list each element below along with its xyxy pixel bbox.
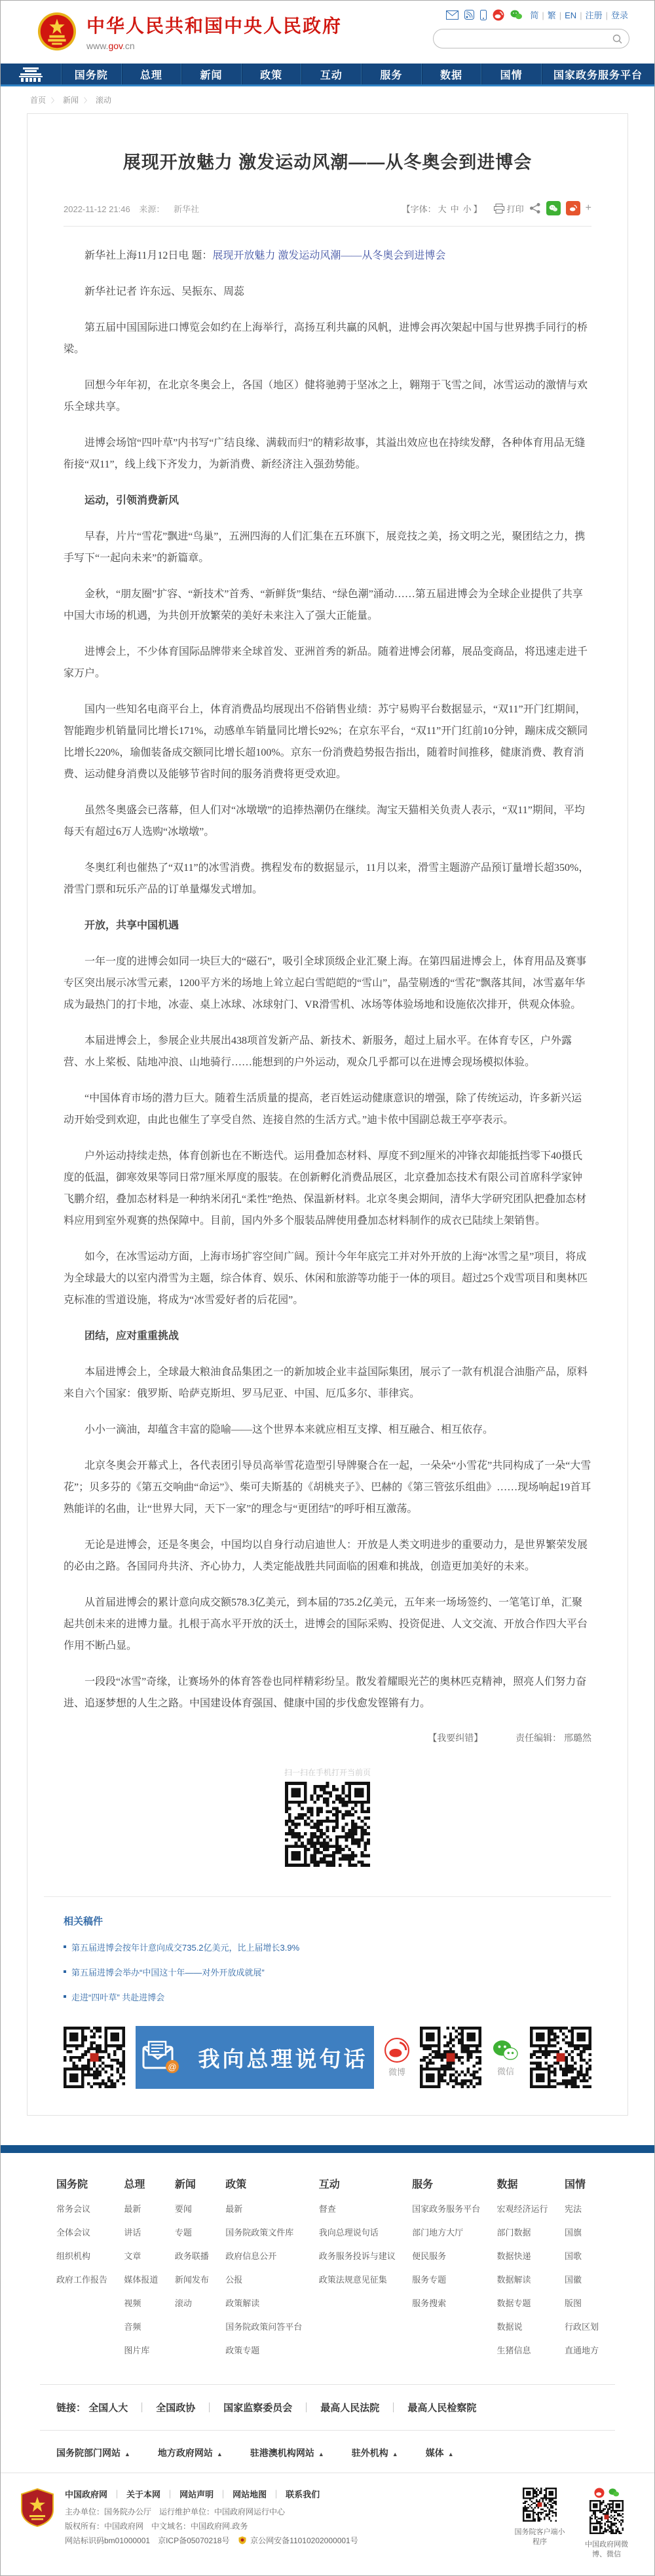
footer-qr-code-2	[589, 2526, 624, 2537]
related-link[interactable]: 第五届进博会举办“中国这十年——对外开放成就展”	[71, 1968, 265, 1978]
footer-link[interactable]: 公报	[225, 2275, 242, 2285]
footer-column-数据: 数据宏观经济运行部门数据数据快递数据解读数据专题数据说生猪信息	[497, 2176, 548, 2363]
footer-link[interactable]: 部门数据	[497, 2228, 531, 2237]
article-qr-block: 扫一扫在手机打开当前页	[64, 1767, 591, 1870]
footer-link[interactable]: 新闻发布	[175, 2275, 209, 2285]
bottom-link-3[interactable]: 网站地图	[233, 2490, 267, 2499]
footer-column-服务: 服务国家政务服务平台部门地方大厅便民服务服务专题服务搜索	[412, 2176, 480, 2363]
footer-link[interactable]: 媒体报道	[124, 2275, 158, 2285]
footer-link[interactable]: 最新	[225, 2204, 242, 2214]
footer-column-新闻: 新闻要闻专题政务联播新闻发布滚动	[175, 2176, 209, 2363]
share-more-button[interactable]: +	[586, 202, 591, 214]
chevron-up-icon: ▲	[392, 2451, 398, 2457]
footer-link[interactable]: 政策法规意见征集	[319, 2275, 387, 2285]
footer-column-title: 互动	[319, 2176, 396, 2191]
font-size-小[interactable]: 小	[463, 204, 472, 214]
footer-link[interactable]: 数据说	[497, 2322, 523, 2332]
article-paragraph: 无论是进博会，还是冬奥会，中国均以自身行动启迪世人：开放是人类文明进步的重要动力…	[64, 1534, 591, 1577]
search-input[interactable]	[440, 34, 612, 44]
breadcrumb-首页[interactable]: 首页	[30, 96, 46, 105]
article-paragraph: 国内一些知名电商平台上，体育消费品均展现出不俗销售业绩：苏宁易购平台数据显示，“…	[64, 699, 591, 785]
breadcrumb-滚动[interactable]: 滚动	[96, 96, 111, 105]
related-list: 第五届进博会按年计意向成交735.2亿美元，比上届增长3.9%第五届进博会举办“…	[64, 1941, 591, 2004]
footer-link[interactable]: 滚动	[175, 2298, 192, 2308]
footer-link[interactable]: 讲话	[124, 2228, 141, 2237]
chevron-up-icon: ▲	[217, 2451, 223, 2457]
article-paragraph: 进博会上，不少体育国际品牌带来全球首发、亚洲首秀的新品。随着进博会闭幕，展品变商…	[64, 641, 591, 684]
qr-caption: 扫一扫在手机打开当前页	[64, 1767, 591, 1778]
bottom-link-1[interactable]: 关于本网	[126, 2490, 160, 2499]
license-line: 网站标识码bm01000001 京ICP备05070218号 京公网安备1101…	[65, 2533, 358, 2548]
lang-link-繁[interactable]: 繁	[548, 10, 556, 20]
footer-link[interactable]: 视频	[124, 2298, 141, 2308]
banner-envelope-icon: @	[142, 2040, 183, 2074]
bottom-links: 中国政府网｜关于本网｜网站声明｜网站地图｜联系我们	[65, 2488, 358, 2502]
footer-column-title: 国务院	[56, 2176, 107, 2191]
svg-text:@: @	[168, 2062, 176, 2072]
lang-link-简[interactable]: 简	[530, 10, 538, 20]
footer-link[interactable]: 宏观经济运行	[497, 2204, 548, 2214]
footer-link[interactable]: 国家政务服务平台	[412, 2204, 480, 2214]
footer-link[interactable]: 要闻	[175, 2204, 192, 2214]
printer-icon	[494, 204, 504, 213]
footer-column-总理: 总理最新讲话文章媒体报道视频音频图片库	[124, 2176, 158, 2363]
footer-column-title: 总理	[124, 2176, 158, 2191]
article-paragraph: 从首届进博会的累计意向成交额578.3亿美元，到本届的735.2亿美元，五年来一…	[64, 1592, 591, 1657]
search-icon[interactable]	[612, 34, 622, 44]
footer-site-link-1[interactable]: 全国政协	[156, 2402, 195, 2414]
footer-link[interactable]: 便民服务	[412, 2251, 446, 2261]
footer-link[interactable]: 全体会议	[56, 2228, 90, 2237]
footer-blue-bar	[1, 2145, 654, 2153]
search-box[interactable]	[433, 29, 629, 48]
bottom-link-4[interactable]: 联系我们	[286, 2490, 320, 2499]
footer-qr-client: 国务院客户端小程序	[512, 2488, 568, 2560]
share-wechat-icon[interactable]	[546, 201, 561, 215]
share-weibo-icon[interactable]	[566, 201, 580, 215]
lang-link-EN[interactable]: EN	[565, 10, 576, 20]
weibo-label: 微博	[388, 2065, 405, 2078]
footer-weibo-icon	[594, 2488, 605, 2498]
font-size-picker: 【字体：大中小】	[402, 202, 482, 215]
editor-name: 邢璐然	[564, 1733, 591, 1743]
article-subhead: 开放，共享中国机遇	[64, 915, 591, 936]
footer-column-title: 新闻	[175, 2176, 209, 2191]
security-badge-icon	[238, 2536, 246, 2545]
footer-link[interactable]: 我向总理说句话	[319, 2228, 379, 2237]
banner-weibo-icon[interactable]	[384, 2038, 409, 2063]
footer-link[interactable]: 生猪信息	[497, 2346, 531, 2355]
footer-qr-social: 中国政府网微博、微信	[578, 2488, 635, 2560]
footer-link[interactable]: 政务联播	[175, 2251, 209, 2261]
article-title: 展现开放魅力 激发运动风潮——从冬奥会到进博会	[64, 148, 591, 174]
footer-link[interactable]: 国务院政策文件库	[225, 2228, 293, 2237]
footer-link[interactable]: 组织机构	[56, 2251, 90, 2261]
editor-label: 责任编辑：	[515, 1733, 561, 1743]
article-date: 2022-11-12 21:46	[64, 204, 130, 214]
article-paragraph: 本届进博会上，全球最大粮油食品集团之一的新加坡企业丰益国际集团，展示了一款有机混…	[64, 1361, 591, 1405]
footer-link[interactable]: 图片库	[124, 2346, 149, 2355]
footer-links: 全国人大｜全国政协｜国家监察委员会｜最高人民法院｜最高人民检察院	[88, 2402, 476, 2414]
footer-column-title: 数据	[497, 2176, 548, 2191]
article-subhead: 运动，引领消费新风	[64, 490, 591, 511]
article-paragraph: 北京冬奥会开幕式上，各代表团引导员高举雪花造型引导牌聚合在一起，一朵朵“小雪花”…	[64, 1455, 591, 1520]
font-sizes: 大中小	[436, 204, 474, 214]
lang-links: 简|繁|EN|注册|登录	[529, 9, 629, 21]
article-paragraph: 进博会场馆“四叶草”内书写“广结良缘、满载而归”的精彩故事，其溢出效应也在持续发…	[64, 432, 591, 475]
footer-link[interactable]: 常务会议	[56, 2204, 90, 2214]
breadcrumb: 首页〉新闻〉滚动	[1, 86, 654, 111]
banner-qr-left	[64, 2027, 125, 2088]
footer-column-政策: 政策最新国务院政策文件库政府信息公开公报政策解读国务院政策问答平台政策专题	[225, 2176, 302, 2363]
article-paragraph: 回想今年年初，在北京冬奥会上，各国（地区）健将驰骋于坚冰之上，翱翔于飞雪之间，冰…	[64, 375, 591, 418]
footer-link[interactable]: 数据专题	[497, 2298, 531, 2308]
article-source: 新华社	[174, 204, 199, 214]
home-tiananmen-icon[interactable]	[1, 64, 61, 84]
wechat-stack: 微信	[492, 2038, 519, 2077]
footer-qr-code-1	[523, 2513, 557, 2524]
gov-agency-emblem-icon	[20, 2488, 54, 2527]
footer-link[interactable]: 服务搜索	[412, 2298, 446, 2308]
footer-link[interactable]: 国徽	[565, 2275, 582, 2285]
font-size-中[interactable]: 中	[451, 204, 459, 214]
footer-column-title: 国情	[565, 2176, 599, 2191]
correction-link[interactable]: 【我要纠错】	[428, 1733, 483, 1743]
footer-dropdown-地方政府网站[interactable]: 地方政府网站▲	[158, 2446, 223, 2459]
article-paragraph: 小小一滴油，却蕴含丰富的隐喻——这个世界本来就应相互支撑、相互融合、相互依存。	[64, 1419, 591, 1441]
footer-column-国务院: 国务院常务会议全体会议组织机构政府工作报告	[56, 2176, 107, 2363]
article-paragraph: “中国体育市场的潜力巨大。随着生活质量的提高，老百姓运动健康意识的增强，除了传统…	[64, 1088, 591, 1131]
footer-columns: 国务院常务会议全体会议组织机构政府工作报告总理最新讲话文章媒体报道视频音频图片库…	[1, 2153, 654, 2379]
wechat-icon[interactable]	[510, 9, 523, 20]
footer-site-link-2[interactable]: 国家监察委员会	[223, 2402, 292, 2414]
weibo-stack: 微博	[384, 2038, 409, 2078]
article-paragraph: 如今，在冰雪运动方面，上海市场扩容空间广阔。预计今年年底完工并对外开放的上海“冰…	[64, 1246, 591, 1311]
breadcrumb-新闻[interactable]: 新闻	[63, 96, 79, 105]
related-item: 走进“四叶草” 共赴进博会	[64, 1991, 591, 2004]
header: 中华人民共和国中央人民政府 www.gov.cn 简|繁|EN|注册|登录	[1, 1, 654, 64]
footer-link[interactable]: 数据快递	[497, 2251, 531, 2261]
banner-qr-wechat	[530, 2027, 591, 2088]
related-link[interactable]: 走进“四叶草” 共赴进博会	[71, 1993, 164, 2002]
footer-site-link-3[interactable]: 最高人民法院	[320, 2402, 379, 2414]
nav-item-国情[interactable]: 国情	[481, 64, 541, 84]
article-meta: 2022-11-12 21:46 来源： 新华社 【字体：大中小】 打印 +	[64, 201, 591, 227]
bottom-link-0[interactable]: 中国政府网	[65, 2490, 107, 2499]
article-paragraph: 一年一度的进博会如同一块巨大的“磁石”，吸引全球顶级企业汇聚上海。在第四届进博会…	[64, 951, 591, 1016]
nav-item-互动[interactable]: 互动	[301, 64, 361, 84]
footer-link[interactable]: 宪法	[565, 2204, 582, 2214]
footer-link[interactable]: 数据解读	[497, 2275, 531, 2285]
bottom-banner: @ 我向总理说句话 微博 微信	[64, 2026, 591, 2089]
footer-link[interactable]: 服务专题	[412, 2275, 446, 2285]
footer-link[interactable]: 专题	[175, 2228, 192, 2237]
footer-wechat-icon	[608, 2488, 620, 2497]
related-item: 第五届进博会按年计意向成交735.2亿美元，比上届增长3.9%	[64, 1941, 591, 1954]
premier-message-banner[interactable]: @ 我向总理说句话	[136, 2026, 374, 2089]
nav-item-国家政务服务平台[interactable]: 国家政务服务平台	[541, 64, 654, 84]
article-subhead: 团结，应对重重挑战	[64, 1325, 591, 1347]
article-body: 新华社上海11月12日电 题：展现开放魅力 激发运动风潮——从冬奥会到进博会新华…	[64, 245, 591, 1714]
footer-dropdown-国务院部门网站[interactable]: 国务院部门网站▲	[56, 2446, 130, 2459]
footer-link[interactable]: 直通地方	[565, 2346, 599, 2355]
chevron-up-icon: ▲	[124, 2451, 130, 2457]
footer-link[interactable]: 文章	[124, 2251, 141, 2261]
banner-wechat-icon[interactable]	[492, 2038, 519, 2062]
lead-prefix: 新华社上海11月12日电 题：	[84, 250, 212, 261]
chevron-up-icon: ▲	[318, 2451, 324, 2457]
article-paragraph: 冬奥红利也催热了“双11”的冰雪消费。携程发布的数据显示，11月以来，滑雪主题游…	[64, 857, 591, 900]
editor-row: 【我要纠错】 责任编辑： 邢璐然	[64, 1731, 591, 1744]
nav-item-总理[interactable]: 总理	[121, 64, 181, 84]
mail-icon[interactable]	[446, 10, 458, 20]
footer-link[interactable]: 最新	[124, 2204, 141, 2214]
footer-link[interactable]: 版图	[565, 2298, 582, 2308]
article-paragraph: 第五届中国国际进口博览会如约在上海举行，高扬互利共赢的风帆，进博会再次架起中国与…	[64, 317, 591, 360]
site-title: 中华人民共和国中央人民政府	[86, 12, 342, 38]
national-emblem-icon	[37, 11, 77, 52]
lang-link-登录[interactable]: 登录	[611, 10, 628, 20]
rss-icon[interactable]	[464, 10, 474, 20]
footer-link[interactable]: 督查	[319, 2204, 336, 2214]
copyright-line: 版权所有：中国政府网 中文域名：中国政府网.政务	[65, 2519, 358, 2533]
main-nav: 国务院总理新闻政策互动服务数据国情国家政务服务平台	[1, 64, 654, 86]
mobile-icon[interactable]	[480, 10, 487, 20]
footer-dropdown-驻港澳机构网站[interactable]: 驻港澳机构网站▲	[250, 2446, 324, 2459]
footer-link[interactable]: 音频	[124, 2322, 141, 2332]
banner-qr-weibo	[420, 2027, 481, 2088]
footer-column-title: 政策	[225, 2176, 302, 2191]
nav-item-数据[interactable]: 数据	[421, 64, 481, 84]
article-paragraph: 新华社上海11月12日电 题：展现开放魅力 激发运动风潮——从冬奥会到进博会	[64, 245, 591, 267]
banner-text: 我向总理说句话	[198, 2042, 368, 2073]
footer-link[interactable]: 国歌	[565, 2251, 582, 2261]
footer-link[interactable]: 政策解读	[225, 2298, 259, 2308]
footer-link[interactable]: 政务服务投诉与建议	[319, 2251, 396, 2261]
chevron-up-icon: ▲	[448, 2451, 454, 2457]
links-label: 链接：	[56, 2402, 86, 2414]
footer-dropdowns: 国务院部门网站▲地方政府网站▲驻港澳机构网站▲驻外机构▲媒体▲	[1, 2436, 654, 2473]
footer-link[interactable]: 政府工作报告	[56, 2275, 107, 2285]
footer-column-国情: 国情宪法国旗国歌国徽版图行政区划直通地方	[565, 2176, 599, 2363]
article-paragraph: 新华社记者 许东远、吴振东、周蕊	[64, 281, 591, 303]
article-container: 展现开放魅力 激发运动风潮——从冬奥会到进博会 2022-11-12 21:46…	[27, 113, 628, 2116]
article-paragraph: 虽然冬奥盛会已落幕，但人们对“冰墩墩”的追捧热潮仍在继续。淘宝天猫相关负责人表示…	[64, 800, 591, 843]
related-title: 相关稿件	[64, 1914, 591, 1928]
sponsor-line: 主办单位：国务院办公厅 运行维护单位：中国政府网运行中心	[65, 2505, 358, 2519]
footer-link[interactable]: 国旗	[565, 2228, 582, 2237]
page: 中华人民共和国中央人民政府 www.gov.cn 简|繁|EN|注册|登录 国务	[0, 0, 655, 2576]
nav-item-国务院[interactable]: 国务院	[61, 64, 121, 84]
footer-dropdown-驻外机构[interactable]: 驻外机构▲	[352, 2446, 398, 2459]
footer-column-互动: 互动督查我向总理说句话政务服务投诉与建议政策法规意见征集	[319, 2176, 396, 2363]
footer-link[interactable]: 国务院政策问答平台	[225, 2322, 302, 2332]
nav-item-政策[interactable]: 政策	[241, 64, 301, 84]
nav-item-服务[interactable]: 服务	[361, 64, 421, 84]
related-link[interactable]: 第五届进博会按年计意向成交735.2亿美元，比上届增长3.9%	[71, 1943, 299, 1953]
site-url: www.gov.cn	[86, 41, 342, 51]
lang-link-注册[interactable]: 注册	[586, 10, 603, 20]
footer-dropdown-媒体[interactable]: 媒体▲	[426, 2446, 454, 2459]
wechat-label: 微信	[497, 2065, 514, 2077]
footer: 国务院常务会议全体会议组织机构政府工作报告总理最新讲话文章媒体报道视频音频图片库…	[1, 2145, 654, 2575]
footer-link[interactable]: 部门地方大厅	[412, 2228, 463, 2237]
related-section: 相关稿件 第五届进博会按年计意向成交735.2亿美元，比上届增长3.9%第五届进…	[64, 1914, 591, 2004]
footer-link[interactable]: 行政区划	[565, 2322, 599, 2332]
article-paragraph: 本届进博会上，参展企业共展出438项首发新产品、新技术、新服务，超过上届水平。在…	[64, 1030, 591, 1073]
footer-link[interactable]: 政策专题	[225, 2346, 259, 2355]
footer-link[interactable]: 政府信息公开	[225, 2251, 276, 2261]
article-lead-title: 展现开放魅力 激发运动风潮——从冬奥会到进博会	[212, 250, 445, 261]
font-size-大[interactable]: 大	[438, 204, 447, 214]
footer-links-row: 链接： 全国人大｜全国政协｜国家监察委员会｜最高人民法院｜最高人民检察院	[1, 2390, 654, 2425]
bottom-link-2[interactable]: 网站声明	[179, 2490, 214, 2499]
nav-item-新闻[interactable]: 新闻	[181, 64, 241, 84]
article-paragraph: 一段段“冰雪”奇缘，让赛场外的体育答卷也同样精彩纷呈。散发着耀眼光芒的奥林匹克精…	[64, 1671, 591, 1714]
article-paragraph: 金秋，“朋友圈”扩容、“新技术”首秀、“新鲜货”集结、“绿色潮”涌动……第五届进…	[64, 583, 591, 627]
share-icon[interactable]	[529, 202, 541, 214]
article-paragraph: 户外运动持续走热，体育创新也在不断迭代。运用叠加态材料、厚度不到2厘米的冲锋衣却…	[64, 1145, 591, 1232]
related-item: 第五届进博会举办“中国这十年——对外开放成就展”	[64, 1966, 591, 1979]
footer-info: 中国政府网｜关于本网｜网站声明｜网站地图｜联系我们 主办单位：国务院办公厅 运行…	[65, 2488, 358, 2548]
footer-column-title: 服务	[412, 2176, 480, 2191]
source-label: 来源：	[139, 204, 164, 214]
article-qr-code	[285, 1858, 370, 1869]
footer-site-link-0[interactable]: 全国人大	[88, 2402, 128, 2414]
article-paragraph: 早春，片片“雪花”飘进“鸟巢”，五洲四海的人们汇集在五环旗下，展竞技之美，扬文明…	[64, 526, 591, 569]
weibo-icon[interactable]	[493, 9, 504, 21]
print-button[interactable]: 打印	[494, 202, 524, 215]
footer-bottom: 中国政府网｜关于本网｜网站声明｜网站地图｜联系我们 主办单位：国务院办公厅 运行…	[1, 2473, 654, 2575]
footer-site-link-4[interactable]: 最高人民检察院	[407, 2402, 476, 2414]
